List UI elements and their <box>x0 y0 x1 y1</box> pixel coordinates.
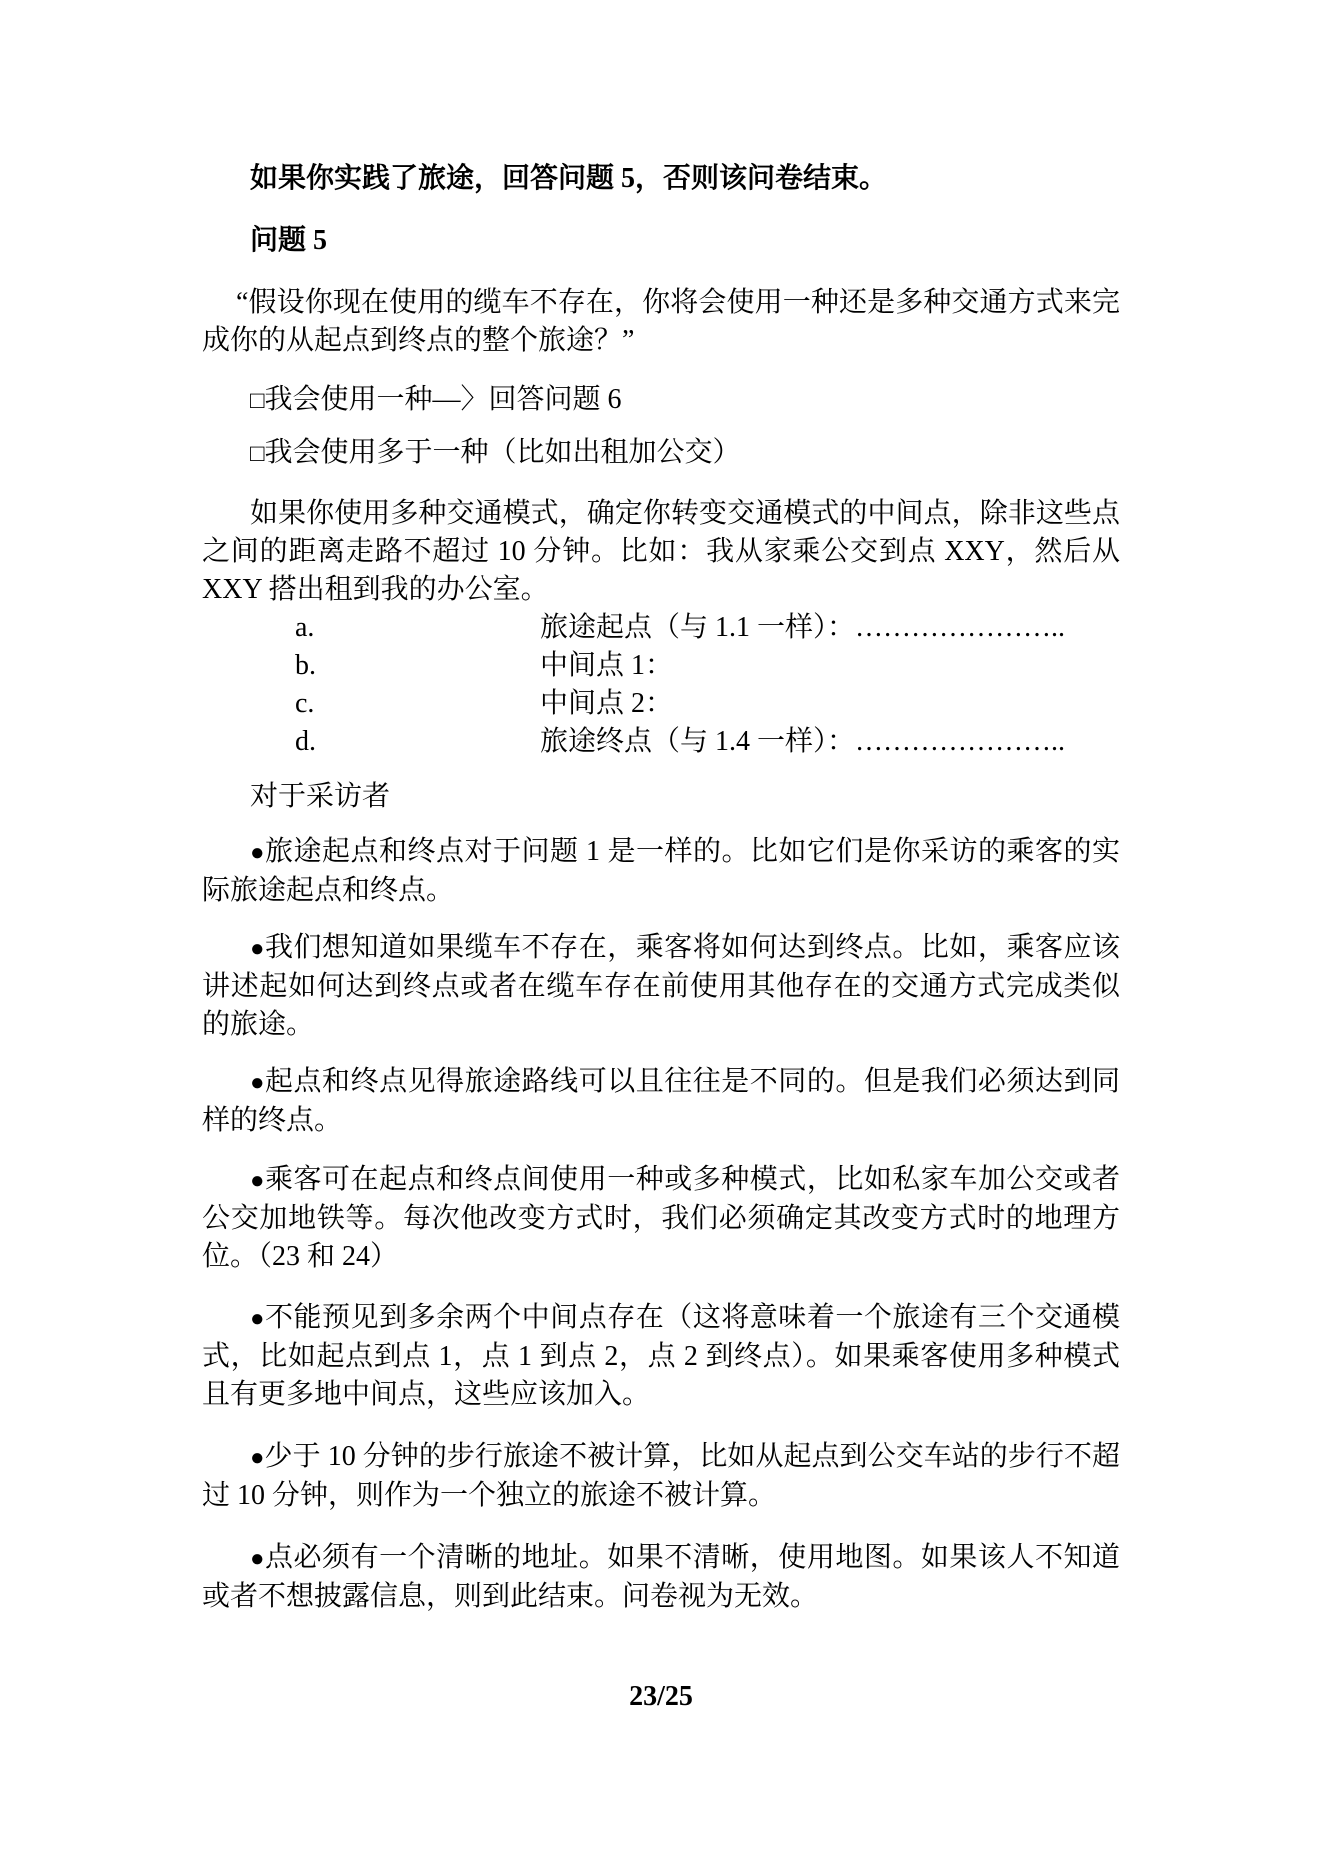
note-item: ●起点和终点见得旅途路线可以且往往是不同的。但是我们必须达到同样的终点。 <box>202 1063 1120 1140</box>
field-row-destination: d.旅途终点（与 1.4 一样）：………………….. <box>202 723 1120 761</box>
intro-note: 如果你实践了旅途，回答问题 5，否则该问卷结束。 <box>202 160 1120 198</box>
field-label: 中间点 1： <box>540 650 673 681</box>
note-text: 旅途起点和终点对于问题 1 是一样的。比如它们是你采访的乘客的实际旅途起点和终点… <box>202 836 1120 906</box>
field-row-origin: a.旅途起点（与 1.1 一样）：………………….. <box>202 609 1120 647</box>
page-number: 23/25 <box>202 1678 1120 1716</box>
field-label: 旅途起点（与 1.1 一样）：………………….. <box>540 612 1065 643</box>
option-label: 我会使用一种—〉回答问题 6 <box>265 384 622 415</box>
field-letter: a. <box>295 609 540 647</box>
field-row-midpoint-1: b.中间点 1： <box>202 647 1120 685</box>
note-text: 点必须有一个清晰的地址。如果不清晰，使用地图。如果该人不知道或者不想披露信息，则… <box>202 1542 1120 1612</box>
note-item: ●少于 10 分钟的步行旅途不被计算，比如从起点到公交车站的步行不超过 10 分… <box>202 1438 1120 1515</box>
field-row-midpoint-2: c.中间点 2： <box>202 685 1120 723</box>
note-text: 不能预见到多余两个中间点存在（这将意味着一个旅途有三个交通模式，比如起点到点 1… <box>202 1302 1120 1410</box>
interviewer-heading: 对于采访者 <box>202 778 1120 816</box>
note-item: ●旅途起点和终点对于问题 1 是一样的。比如它们是你采访的乘客的实际旅途起点和终… <box>202 833 1120 910</box>
checkbox-icon[interactable]: □ <box>250 388 265 414</box>
bullet-icon: ● <box>250 1070 265 1096</box>
option-label: 我会使用多于一种（比如出租加公交） <box>265 437 741 468</box>
note-item: ●乘客可在起点和终点间使用一种或多种模式，比如私家车加公交或者公交加地铁等。每次… <box>202 1161 1120 1276</box>
field-letter: d. <box>295 723 540 761</box>
field-label: 中间点 2： <box>540 688 673 719</box>
bullet-icon: ● <box>250 1168 265 1194</box>
bullet-icon: ● <box>250 936 265 962</box>
option-row-multiple[interactable]: □我会使用多于一种（比如出租加公交） <box>202 434 1120 473</box>
bullet-icon: ● <box>250 1546 265 1572</box>
checkbox-icon[interactable]: □ <box>250 441 265 467</box>
bullet-icon: ● <box>250 1445 265 1471</box>
field-letter: b. <box>295 647 540 685</box>
instruction-paragraph: 如果你使用多种交通模式，确定你转变交通模式的中间点，除非这些点之间的距离走路不超… <box>202 495 1120 609</box>
note-item: ●点必须有一个清晰的地址。如果不清晰，使用地图。如果该人不知道或者不想披露信息，… <box>202 1539 1120 1616</box>
document-page: 如果你实践了旅途，回答问题 5，否则该问卷结束。 问题 5 “假设你现在使用的缆… <box>0 0 1323 1871</box>
field-letter: c. <box>295 685 540 723</box>
bullet-icon: ● <box>250 1306 265 1332</box>
note-item: ●我们想知道如果缆车不存在，乘客将如何达到终点。比如，乘客应该讲述起如何达到终点… <box>202 929 1120 1044</box>
option-row-single[interactable]: □我会使用一种—〉回答问题 6 <box>202 381 1120 420</box>
question-text: “假设你现在使用的缆车不存在，你将会使用一种还是多种交通方式来完成你的从起点到终… <box>202 284 1120 360</box>
note-text: 起点和终点见得旅途路线可以且往往是不同的。但是我们必须达到同样的终点。 <box>202 1066 1120 1136</box>
field-label: 旅途终点（与 1.4 一样）：………………….. <box>540 726 1065 757</box>
note-text: 乘客可在起点和终点间使用一种或多种模式，比如私家车加公交或者公交加地铁等。每次他… <box>202 1164 1120 1272</box>
note-item: ●不能预见到多余两个中间点存在（这将意味着一个旅途有三个交通模式，比如起点到点 … <box>202 1299 1120 1414</box>
note-text: 我们想知道如果缆车不存在，乘客将如何达到终点。比如，乘客应该讲述起如何达到终点或… <box>202 932 1120 1040</box>
question-title: 问题 5 <box>202 222 1120 260</box>
bullet-icon: ● <box>250 840 265 866</box>
note-text: 少于 10 分钟的步行旅途不被计算，比如从起点到公交车站的步行不超过 10 分钟… <box>202 1441 1120 1511</box>
